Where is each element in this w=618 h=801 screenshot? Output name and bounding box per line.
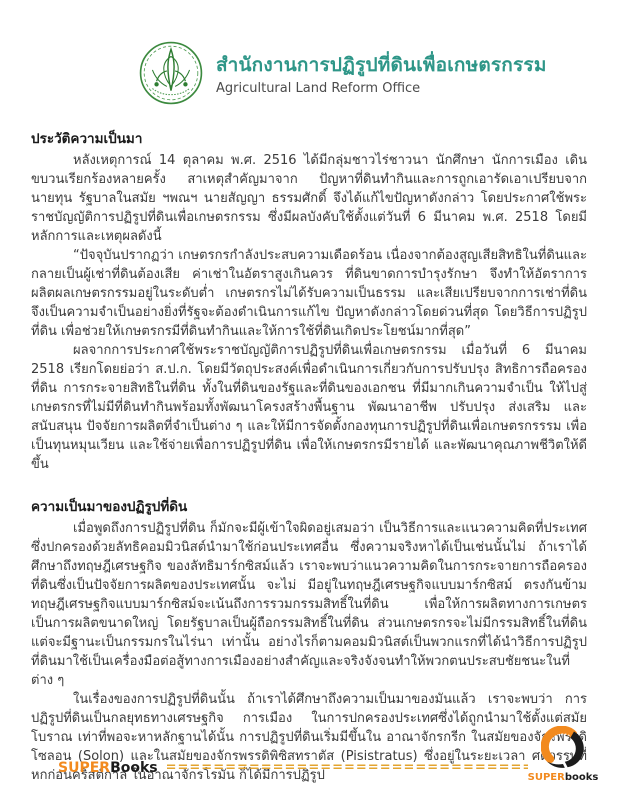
superbooks-watermark-left: SUPERBooks (58, 760, 158, 776)
org-names: สำนักงานการปฏิรูปที่ดินเพื่อเกษตรกรรม Ag… (216, 54, 547, 97)
org-name-thai: สำนักงานการปฏิรูปที่ดินเพื่อเกษตรกรรม (216, 54, 547, 77)
document-body: ประวัติความเป็นมา หลังเหตุการณ์ 14 ตุลาค… (31, 130, 587, 785)
paragraph: “ปัจจุบันปรากฏว่า เกษตรกรกำลังประสบความเ… (31, 246, 587, 341)
brand-books-text: Books (110, 760, 158, 776)
equals-divider-line: ========================================… (166, 760, 528, 775)
paragraph: หลังเหตุการณ์ 14 ตุลาคม พ.ศ. 2516 ได้มีก… (31, 151, 587, 246)
footer: SUPERBooks =============================… (58, 726, 592, 783)
brand-super-text: SUPER (528, 772, 565, 783)
section-heading-background: ความเป็นมาของปฏิรูปที่ดิน (31, 498, 587, 517)
document-page: สำนักงานการปฏิรูปที่ดินเพื่อเกษตรกรรม Ag… (0, 0, 618, 801)
org-name-english: Agricultural Land Reform Office (216, 81, 547, 96)
superbooks-logo-text: SUPERbooks (528, 772, 599, 783)
alro-seal-icon (138, 40, 204, 110)
brand-books-text: books (565, 772, 599, 783)
brand-super-text: SUPER (58, 760, 110, 776)
paragraph: ผลจากการประกาศใช้พระราชบัญญัติการปฏิรูปท… (31, 341, 587, 474)
superbooks-watermark-right: SUPERbooks (534, 726, 592, 783)
section-heading-history: ประวัติความเป็นมา (31, 130, 587, 149)
paragraph: เมื่อพูดถึงการปฏิรูปที่ดิน ก็มักจะมีผู้เ… (31, 519, 587, 690)
superbooks-swoosh-icon (541, 726, 585, 774)
document-header: สำนักงานการปฏิรูปที่ดินเพื่อเกษตรกรรม Ag… (138, 40, 547, 110)
